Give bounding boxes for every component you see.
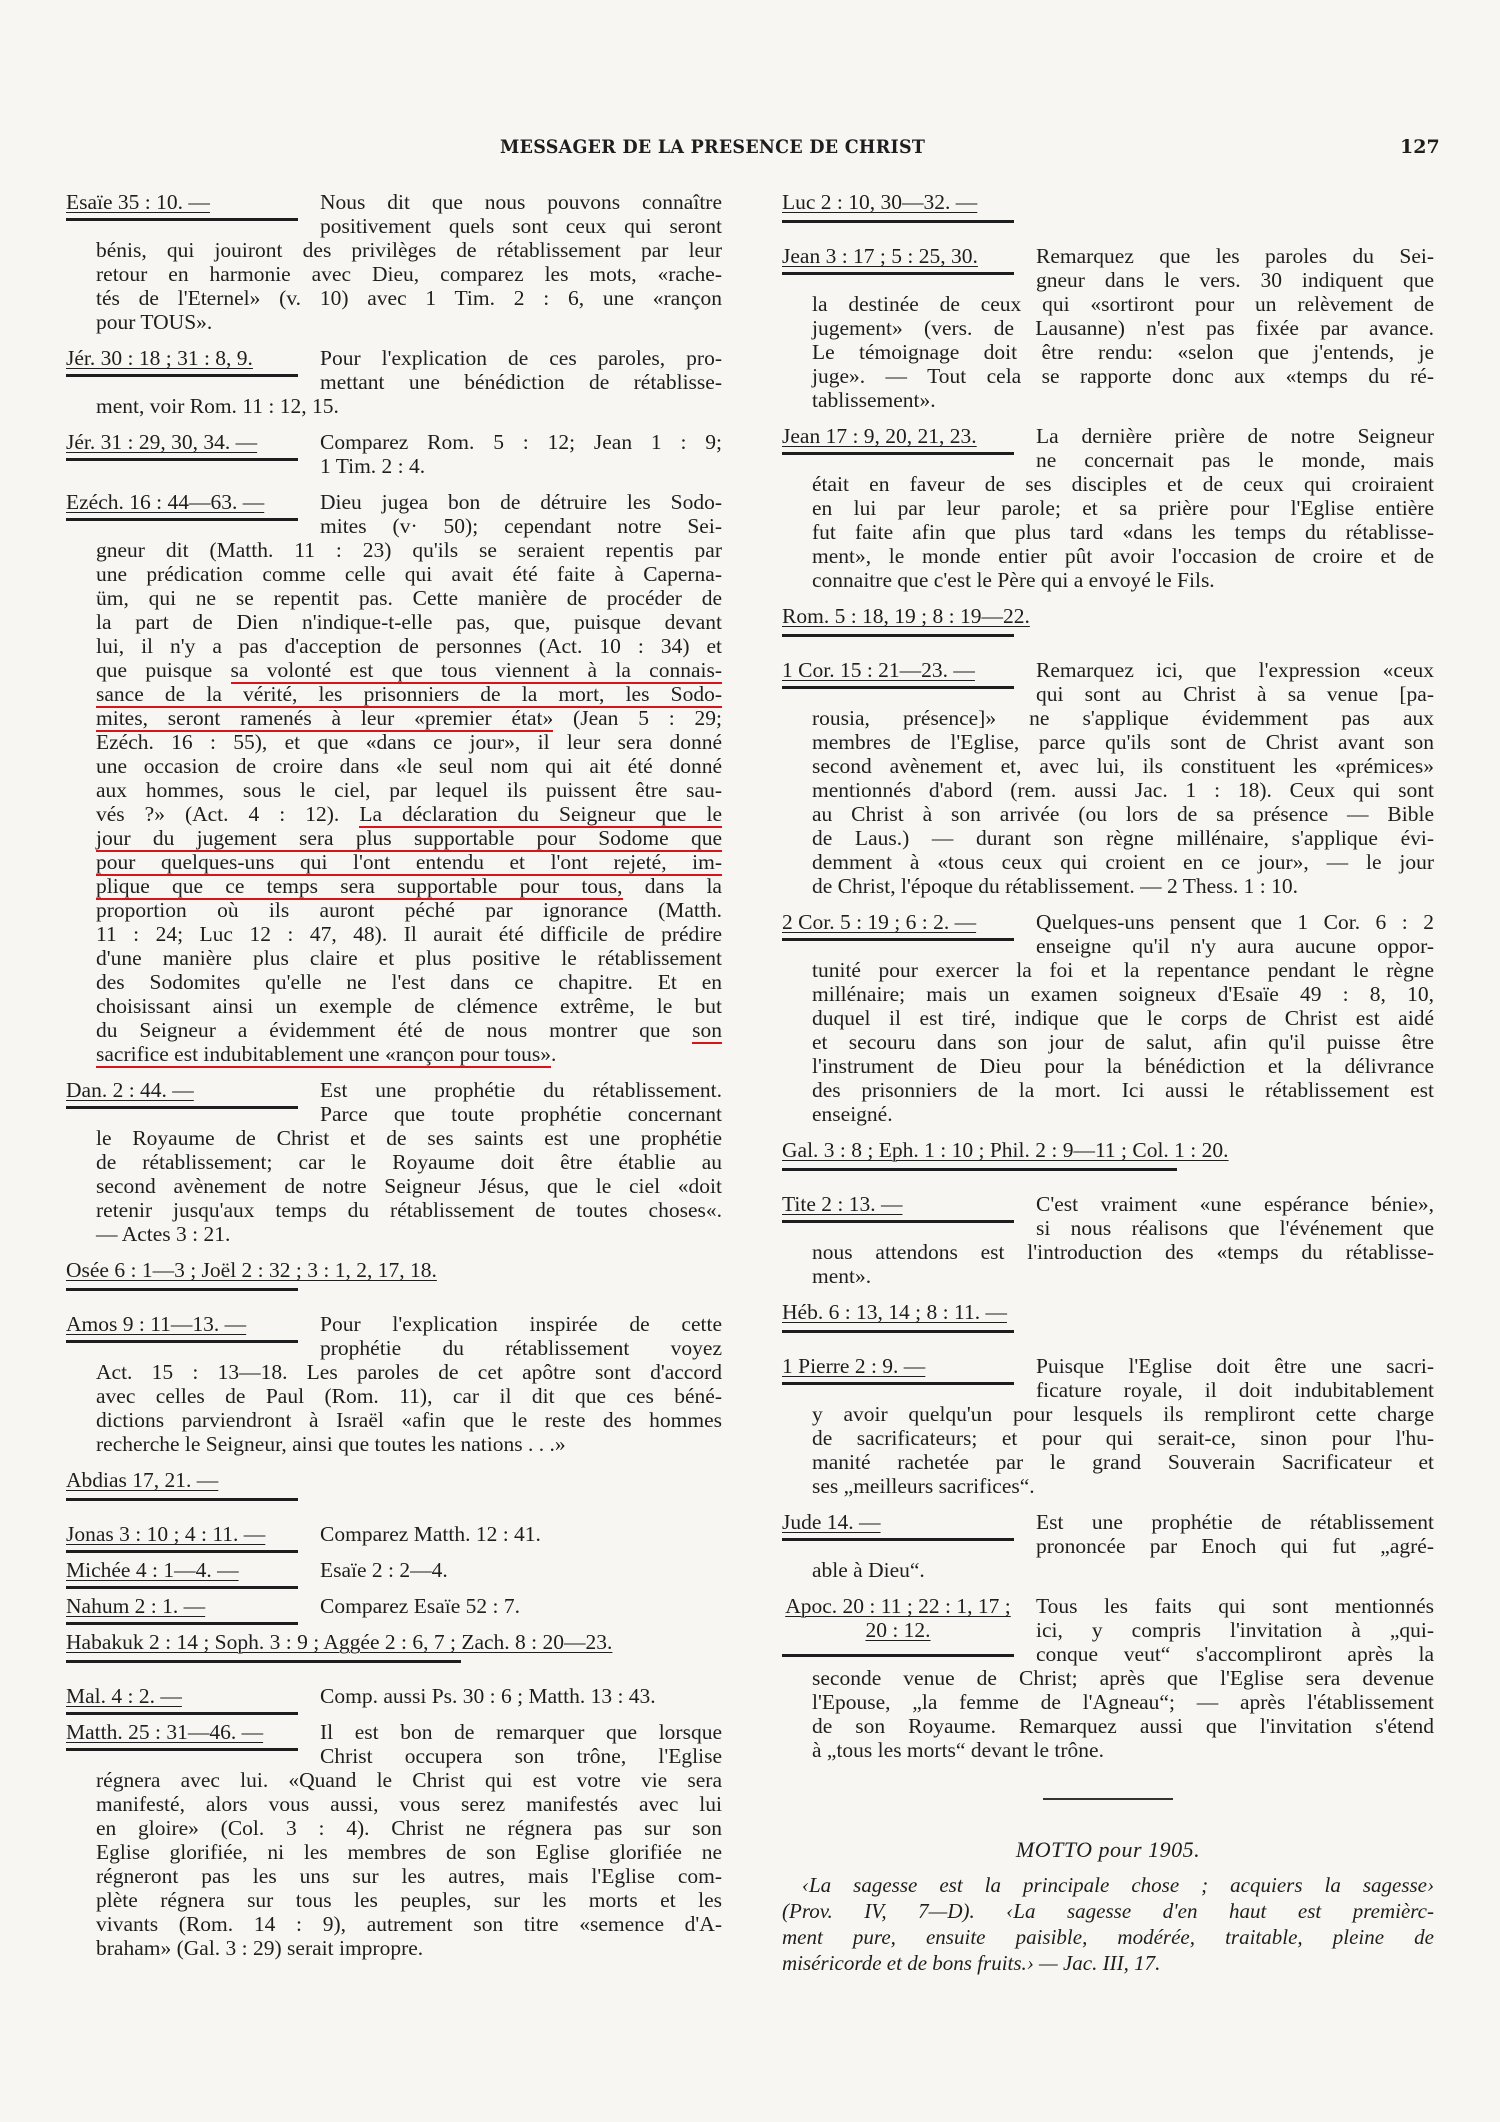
running-title: MESSAGER DE LA PRESENCE DE CHRIST (500, 136, 925, 158)
text-line: le Royaume de Christ et de ses saints es… (96, 1126, 722, 1150)
scripture-reference: Jér. 30 : 18 ; 31 : 8, 9. (66, 346, 298, 370)
reference-rule (66, 518, 298, 521)
entry-opening-text: Pour l'explication de ces paroles, pro-m… (320, 346, 722, 394)
text-line: La dernière prière de notre Seigneur (1036, 424, 1434, 448)
text-line: retour en harmonie avec Dieu, comparez l… (96, 262, 722, 286)
scripture-reference: Osée 6 : 1—3 ; Joël 2 : 32 ; 3 : 1, 2, 1… (66, 1258, 437, 1282)
scripture-reference: Michée 4 : 1—4. — (66, 1558, 298, 1582)
reference-rule (782, 452, 1014, 455)
text-run: Ezéch. 16 : 55), et que «dans ce jour», … (96, 730, 722, 754)
reference-rule (66, 218, 298, 221)
scripture-reference: Héb. 6 : 13, 14 ; 8 : 11. — (782, 1300, 1014, 1324)
scripture-reference: 1 Cor. 15 : 21—23. — (782, 658, 1014, 682)
text-line: tablissement». (812, 388, 1434, 412)
text-run: bénis, qui jouiront des privilèges de ré… (96, 238, 722, 262)
text-run: millénaire; mais un examen soigneux d'Es… (812, 982, 1434, 1006)
text-run: seconde venue de Christ; après que l'Egl… (812, 1666, 1434, 1690)
text-line: tunité pour exercer la foi et la repenta… (812, 958, 1434, 982)
text-line: membres de l'Eglise, parce qu'ils sont d… (812, 730, 1434, 754)
text-line: demment à «tous ceux qui croient en ce j… (812, 850, 1434, 874)
text-line: Comparez Matth. 12 : 41. (320, 1522, 722, 1546)
text-line: ment», le monde entier pût avoir l'occas… (812, 544, 1434, 568)
scripture-reference: Jean 17 : 9, 20, 21, 23. (782, 424, 1014, 448)
text-run: la destinée de ceux qui «sortiront pour … (812, 292, 1434, 316)
reference-rule (66, 1498, 298, 1501)
text-line: qui sont au Christ à sa venue [pa- (1036, 682, 1434, 706)
scripture-reference: 2 Cor. 5 : 19 ; 6 : 2. — (782, 910, 1014, 934)
red-underlined-passage: mites, seront ramenés à leur «premier ét… (96, 706, 553, 732)
entry-continuation: rousia, présence]» ne s'applique évidemm… (812, 706, 1434, 898)
text-line: Comp. aussi Ps. 30 : 6 ; Matth. 13 : 43. (320, 1684, 722, 1708)
reference-rule (66, 1748, 298, 1751)
motto-line: ‹La sagesse est la principale chose ; ac… (782, 1872, 1434, 1898)
scripture-entry: Luc 2 : 10, 30—32. — (782, 190, 1434, 232)
text-run: tés de l'Eternel» (v. 10) avec 1 Tim. 2 … (96, 286, 722, 310)
text-run: vés ?» (Act. 4 : 12). (96, 802, 359, 826)
entry-continuation: ment, voir Rom. 11 : 12, 15. (96, 394, 722, 418)
reference-rule (782, 220, 1014, 223)
reference-rule (782, 1168, 1177, 1171)
text-run: connaitre que c'est le Père qui a envoyé… (812, 568, 1215, 592)
page-number: 127 (1400, 136, 1440, 158)
text-run: était en faveur de ses disciples et de c… (812, 472, 1434, 496)
text-line: mites (v· 50); cependant notre Sei- (320, 514, 722, 538)
text-line: que puisque sa volonté est que tous vien… (96, 658, 722, 682)
scripture-entry: 1 Pierre 2 : 9. —Puisque l'Eglise doit ê… (782, 1354, 1434, 1498)
text-run: de Christ, l'époque du rétablissement. —… (812, 874, 1298, 898)
entry-continuation: tunité pour exercer la foi et la repenta… (812, 958, 1434, 1126)
scripture-reference: 1 Pierre 2 : 9. — (782, 1354, 1014, 1378)
text-run: en gloire» (Col. 3 : 4). Christ ne régne… (96, 1816, 722, 1840)
entry-opening-text: Est une prophétie de rétablissementprono… (1036, 1510, 1434, 1558)
text-line: plète régnera sur tous les peuples, sur … (96, 1888, 722, 1912)
reference-rule (782, 938, 1014, 941)
scripture-reference: Amos 9 : 11—13. — (66, 1312, 298, 1336)
text-run: une prédication comme celle qui avait ét… (96, 562, 722, 586)
red-underlined-passage: sa volonté est que tous viennent à la co… (231, 658, 722, 684)
reference-rule (782, 1330, 1014, 1333)
entry-opening-text: Comparez Esaïe 52 : 7. (320, 1594, 722, 1618)
text-run: aux hommes, sous le ciel, par lequel ils… (96, 778, 722, 802)
entry-opening-text: Dieu jugea bon de détruire les Sodo-mite… (320, 490, 722, 538)
text-line: manité rachetée par le grand Souverain S… (812, 1450, 1434, 1474)
text-run: recherche le Seigneur, ainsi que toutes … (96, 1432, 566, 1456)
reference-rule (782, 1220, 1014, 1223)
scripture-reference: Ezéch. 16 : 44—63. — (66, 490, 298, 514)
text-line: l'Epouse, „la femme de l'Agneau“; — aprè… (812, 1690, 1434, 1714)
entry-opening-text: La dernière prière de notre Seigneurne c… (1036, 424, 1434, 472)
text-line: et secouru dans son jour de salut, afin … (812, 1030, 1434, 1054)
motto-line: ment pure, ensuite paisible, modérée, tr… (782, 1924, 1434, 1950)
text-line: jour du jugement sera plus supportable p… (96, 826, 722, 850)
text-run: la part de Dien n'indique-t-elle pas, qu… (96, 610, 722, 634)
text-line: Esaïe 2 : 2—4. (320, 1558, 722, 1582)
text-run: duquel il est tiré, indique que le corps… (812, 1006, 1434, 1030)
text-line: des Sodomites qu'elle ne l'est dans ce c… (96, 970, 722, 994)
text-run: Le témoignage doit être rendu: «selon qu… (812, 340, 1434, 364)
text-line: 1 Tim. 2 : 4. (320, 454, 722, 478)
text-line: gneur dit (Matth. 11 : 23) qu'ils se ser… (96, 538, 722, 562)
text-line: ses „meilleurs sacrifices“. (812, 1474, 1434, 1498)
text-line: positivement quels sont ceux qui seront (320, 214, 722, 238)
entry-opening-text: Remarquez que les paroles du Sei-gneur d… (1036, 244, 1434, 292)
text-run: rousia, présence]» ne s'applique évidemm… (812, 706, 1434, 730)
text-line: des prisonniers de la mort. Ici aussi le… (812, 1078, 1434, 1102)
text-line: pour TOUS». (96, 310, 722, 334)
reference-rule (66, 1550, 298, 1553)
text-run: plète régnera sur tous les peuples, sur … (96, 1888, 722, 1912)
text-line: millénaire; mais un examen soigneux d'Es… (812, 982, 1434, 1006)
reference-rule (66, 458, 298, 461)
text-run: second avènement de notre Seigneur Jésus… (96, 1174, 722, 1198)
text-run: de son Royaume. Remarquez aussi que l'in… (812, 1714, 1434, 1738)
text-line: Quelques-uns pensent que 1 Cor. 6 : 2 (1036, 910, 1434, 934)
text-line: second avènement et, avec lui, ils const… (812, 754, 1434, 778)
entry-continuation: gneur dit (Matth. 11 : 23) qu'ils se ser… (96, 538, 722, 1066)
text-line: la part de Dien n'indique-t-elle pas, qu… (96, 610, 722, 634)
entry-continuation: bénis, qui jouiront des privilèges de ré… (96, 238, 722, 334)
entry-continuation: nous attendons est l'introduction des «t… (812, 1240, 1434, 1288)
entry-opening-text: Puisque l'Eglise doit être une sacri-fic… (1036, 1354, 1434, 1402)
text-line: ment, voir Rom. 11 : 12, 15. (96, 394, 722, 418)
reference-rule (66, 1340, 298, 1343)
text-run: en lui par leur parole; et sa prière pou… (812, 496, 1434, 520)
text-run: mentionnés d'abord (rem. aussi Jac. 1 : … (812, 778, 1434, 802)
section-divider (1043, 1798, 1173, 1800)
scripture-entry: Jonas 3 : 10 ; 4 : 11. —Comparez Matth. … (66, 1522, 722, 1546)
text-run: enseigné. (812, 1102, 893, 1126)
text-line: était en faveur de ses disciples et de c… (812, 472, 1434, 496)
text-run: du Seigneur a évidemment été de nous mon… (96, 1018, 692, 1042)
scripture-entry: Ezéch. 16 : 44—63. —Dieu jugea bon de dé… (66, 490, 722, 1066)
text-run: ment», le monde entier pût avoir l'occas… (812, 544, 1434, 568)
text-line: régneront pas les uns sur les autres, ma… (96, 1864, 722, 1888)
scripture-entry: Mal. 4 : 2. —Comp. aussi Ps. 30 : 6 ; Ma… (66, 1684, 722, 1708)
text-line: connaitre que c'est le Père qui a envoyé… (812, 568, 1434, 592)
text-run: et secouru dans son jour de salut, afin … (812, 1030, 1434, 1054)
scripture-entry: 1 Cor. 15 : 21—23. —Remarquez ici, que l… (782, 658, 1434, 898)
scripture-entry: Jean 17 : 9, 20, 21, 23.La dernière priè… (782, 424, 1434, 592)
text-run: membres de l'Eglise, parce qu'ils sont d… (812, 730, 1434, 754)
text-line: jugement» (vers. de Lausanne) n'est pas … (812, 316, 1434, 340)
text-line: ici, y compris l'invitation à „qui- (1036, 1618, 1434, 1642)
text-line: y avoir quelqu'un pour lesquels ils remp… (812, 1402, 1434, 1426)
text-line: — Actes 3 : 21. (96, 1222, 722, 1246)
text-line: vivants (Rom. 14 : 9), autrement son tit… (96, 1912, 722, 1936)
entry-opening-text: Esaïe 2 : 2—4. (320, 1558, 722, 1582)
text-line: juge». — Tout cela se rapporte donc aux … (812, 364, 1434, 388)
text-run: tablissement». (812, 388, 936, 412)
text-run: braham» (Gal. 3 : 29) serait impropre. (96, 1936, 423, 1960)
scripture-reference: Nahum 2 : 1. — (66, 1594, 298, 1618)
scripture-reference: Jude 14. — (782, 1510, 1014, 1534)
text-line: ne concernait pas le monde, mais (1036, 448, 1434, 472)
motto-title: MOTTO pour 1905. (782, 1838, 1434, 1862)
text-run: able à Dieu“. (812, 1558, 925, 1582)
text-line: sacrifice est indubitablement une «ranço… (96, 1042, 722, 1066)
scripture-entry: Jean 3 : 17 ; 5 : 25, 30.Remarquez que l… (782, 244, 1434, 412)
text-line: Remarquez que les paroles du Sei- (1036, 244, 1434, 268)
text-run: y avoir quelqu'un pour lesquels ils remp… (812, 1402, 1434, 1426)
scripture-entry: Matth. 25 : 31—46. —Il est bon de remarq… (66, 1720, 722, 1960)
reference-rule (66, 1586, 298, 1589)
red-underlined-passage: sacrifice est indubitablement une «ranço… (96, 1042, 551, 1068)
red-underlined-passage: sance de la vérité, les prisonniers de l… (96, 682, 722, 708)
scripture-reference: Luc 2 : 10, 30—32. — (782, 190, 1014, 214)
text-run: dictions parviendront à Israël «afin que… (96, 1408, 722, 1432)
text-run: à „tous les morts“ devant le trône. (812, 1738, 1104, 1762)
text-line: Remarquez ici, que l'expression «ceux (1036, 658, 1434, 682)
entry-opening-text: Remarquez ici, que l'expression «ceuxqui… (1036, 658, 1434, 706)
text-line: une occasion de croire dans «le seul nom… (96, 754, 722, 778)
text-run: de Laus.) — durant son règne millénaire,… (812, 826, 1434, 850)
text-line: régnera avec lui. «Quand le Christ qui e… (96, 1768, 722, 1792)
text-run: dans la (623, 874, 722, 898)
scripture-reference: Tite 2 : 13. — (782, 1192, 1014, 1216)
scripture-reference: Esaïe 35 : 10. — (66, 190, 298, 214)
text-line: si nous réalisons que l'événement que (1036, 1216, 1434, 1240)
right-column: Luc 2 : 10, 30—32. —Jean 3 : 17 ; 5 : 25… (782, 190, 1434, 1976)
text-line: de rétablissement; car le Royaume doit ê… (96, 1150, 722, 1174)
scripture-reference: Mal. 4 : 2. — (66, 1684, 298, 1708)
text-line: de son Royaume. Remarquez aussi que l'in… (812, 1714, 1434, 1738)
text-line: sance de la vérité, les prisonniers de l… (96, 682, 722, 706)
entry-continuation: able à Dieu“. (812, 1558, 1434, 1582)
text-line: Eglise glorifiée, ni les membres de son … (96, 1840, 722, 1864)
entry-opening-text: Nous dit que nous pouvons connaîtreposit… (320, 190, 722, 238)
text-run: ses „meilleurs sacrifices“. (812, 1474, 1035, 1498)
scripture-entry: Tite 2 : 13. —C'est vraiment «une espéra… (782, 1192, 1434, 1288)
entry-opening-text: Comparez Matth. 12 : 41. (320, 1522, 722, 1546)
text-line: plique que ce temps sera supportable pou… (96, 874, 722, 898)
text-line: d'une manière plus claire et plus positi… (96, 946, 722, 970)
text-run: l'Epouse, „la femme de l'Agneau“; — aprè… (812, 1690, 1434, 1714)
scripture-entry: Amos 9 : 11—13. —Pour l'explication insp… (66, 1312, 722, 1456)
reference-rule (66, 1712, 298, 1715)
text-line: choisissant ainsi un exemple de clémence… (96, 994, 722, 1018)
entry-opening-text: Il est bon de remarquer que lorsqueChris… (320, 1720, 722, 1768)
scripture-reference: Jean 3 : 17 ; 5 : 25, 30. (782, 244, 1014, 268)
motto-line: miséricorde et de bons fruits.› — Jac. I… (782, 1950, 1434, 1976)
scripture-entry: 2 Cor. 5 : 19 ; 6 : 2. —Quelques-uns pen… (782, 910, 1434, 1126)
text-line: fut faite afin que plus tard «dans les t… (812, 520, 1434, 544)
entry-opening-text: Pour l'explication inspirée de cetteprop… (320, 1312, 722, 1360)
red-underlined-passage: jour du jugement sera plus supportable p… (96, 826, 722, 852)
text-line: à „tous les morts“ devant le trône. (812, 1738, 1434, 1762)
text-run: . (551, 1042, 556, 1066)
text-line: conque veut“ s'accompliront après la (1036, 1642, 1434, 1666)
text-run: des prisonniers de la mort. Ici aussi le… (812, 1078, 1434, 1102)
text-line: üm, qui ne se repentit pas. Cette manièr… (96, 586, 722, 610)
text-line: gneur dans le vers. 30 indiquent que (1036, 268, 1434, 292)
text-line: avec celles de Paul (Rom. 11), car il di… (96, 1384, 722, 1408)
text-run: ment». (812, 1264, 871, 1288)
scripture-entry: Gal. 3 : 8 ; Eph. 1 : 10 ; Phil. 2 : 9—1… (782, 1138, 1434, 1180)
entry-continuation: Act. 15 : 13—18. Les paroles de cet apôt… (96, 1360, 722, 1456)
entry-opening-text: Quelques-uns pensent que 1 Cor. 6 : 2ens… (1036, 910, 1434, 958)
text-run: pour TOUS». (96, 310, 212, 334)
entry-continuation: était en faveur de ses disciples et de c… (812, 472, 1434, 592)
text-line: enseigné. (812, 1102, 1434, 1126)
red-underlined-passage: pour quelques-uns qui l'ont entendu et l… (96, 850, 722, 876)
text-line: duquel il est tiré, indique que le corps… (812, 1006, 1434, 1030)
text-run: que puisque (96, 658, 231, 682)
scripture-entry: Jér. 31 : 29, 30, 34. —Comparez Rom. 5 :… (66, 430, 722, 478)
scripture-entry: Esaïe 35 : 10. —Nous dit que nous pouvon… (66, 190, 722, 334)
text-line: prononcée par Enoch qui fut „agré- (1036, 1534, 1434, 1558)
text-line: nous attendons est l'introduction des «t… (812, 1240, 1434, 1264)
text-run: juge». — Tout cela se rapporte donc aux … (812, 364, 1434, 388)
text-run: manifesté, alors vous aussi, vous serez … (96, 1792, 722, 1816)
text-line: Pour l'explication de ces paroles, pro- (320, 346, 722, 370)
entry-opening-text: Tous les faits qui sont mentionnésici, y… (1036, 1594, 1434, 1666)
scripture-entry: Dan. 2 : 44. —Est une prophétie du rétab… (66, 1078, 722, 1246)
entry-continuation: le Royaume de Christ et de ses saints es… (96, 1126, 722, 1246)
text-run: avec celles de Paul (Rom. 11), car il di… (96, 1384, 722, 1408)
text-run: tunité pour exercer la foi et la repenta… (812, 958, 1434, 982)
text-line: dictions parviendront à Israël «afin que… (96, 1408, 722, 1432)
scripture-entry: Abdias 17, 21. — (66, 1468, 722, 1510)
entry-continuation: seconde venue de Christ; après que l'Egl… (812, 1666, 1434, 1762)
text-line: Est une prophétie de rétablissement (1036, 1510, 1434, 1534)
text-line: able à Dieu“. (812, 1558, 1434, 1582)
text-run: üm, qui ne se repentit pas. Cette manièr… (96, 586, 722, 610)
text-line: second avènement de notre Seigneur Jésus… (96, 1174, 722, 1198)
text-run: jugement» (vers. de Lausanne) n'est pas … (812, 316, 1434, 340)
text-line: Le témoignage doit être rendu: «selon qu… (812, 340, 1434, 364)
text-run: une occasion de croire dans «le seul nom… (96, 754, 722, 778)
text-line: Il est bon de remarquer que lorsque (320, 1720, 722, 1744)
text-line: ment». (812, 1264, 1434, 1288)
reference-rule (782, 272, 1014, 275)
text-run: demment à «tous ceux qui croient en ce j… (812, 850, 1434, 874)
text-line: Tous les faits qui sont mentionnés (1036, 1594, 1434, 1618)
text-line: vés ?» (Act. 4 : 12). La déclaration du … (96, 802, 722, 826)
text-run: second avènement et, avec lui, ils const… (812, 754, 1434, 778)
text-run: l'instrument de Dieu pour la bénédiction… (812, 1054, 1434, 1078)
red-underlined-passage: plique que ce temps sera supportable pou… (96, 874, 623, 900)
scripture-reference: Gal. 3 : 8 ; Eph. 1 : 10 ; Phil. 2 : 9—1… (782, 1138, 1229, 1162)
text-run: retour en harmonie avec Dieu, comparez l… (96, 262, 722, 286)
text-run: (Jean 5 : 29; (553, 706, 722, 730)
scripture-entry: Héb. 6 : 13, 14 ; 8 : 11. — (782, 1300, 1434, 1342)
text-line: braham» (Gal. 3 : 29) serait impropre. (96, 1936, 722, 1960)
text-line: mentionnés d'abord (rem. aussi Jac. 1 : … (812, 778, 1434, 802)
text-run: régnera avec lui. «Quand le Christ qui e… (96, 1768, 722, 1792)
text-line: de Laus.) — durant son règne millénaire,… (812, 826, 1434, 850)
text-line: Nous dit que nous pouvons connaître (320, 190, 722, 214)
scripture-entry: Michée 4 : 1—4. —Esaïe 2 : 2—4. (66, 1558, 722, 1582)
text-line: enseigne qu'il n'y aura aucune oppor- (1036, 934, 1434, 958)
text-line: l'instrument de Dieu pour la bénédiction… (812, 1054, 1434, 1078)
text-line: 11 : 24; Luc 12 : 47, 48). Il aurait été… (96, 922, 722, 946)
red-underlined-passage: son (692, 1018, 722, 1044)
text-line: Christ occupera son trône, l'Eglise (320, 1744, 722, 1768)
text-line: de Christ, l'époque du rétablissement. —… (812, 874, 1434, 898)
entry-opening-text: Comparez Rom. 5 : 12; Jean 1 : 9;1 Tim. … (320, 430, 722, 478)
text-line: Pour l'explication inspirée de cette (320, 1312, 722, 1336)
text-line: Comparez Rom. 5 : 12; Jean 1 : 9; (320, 430, 722, 454)
text-run: lui, il n'y a pas d'acception de personn… (96, 634, 722, 658)
text-line: au Christ à son arrivée (ou lors de sa p… (812, 802, 1434, 826)
reference-rule (66, 1106, 298, 1109)
motto-line: (Prov. IV, 7—D). ‹La sagesse d'en haut e… (782, 1898, 1434, 1924)
right-column-entries: Luc 2 : 10, 30—32. —Jean 3 : 17 ; 5 : 25… (782, 190, 1434, 1762)
reference-rule (66, 1660, 461, 1663)
text-run: retenir jusqu'aux temps du rétablissemen… (96, 1198, 722, 1222)
text-line: aux hommes, sous le ciel, par lequel ils… (96, 778, 722, 802)
entry-opening-text: Comp. aussi Ps. 30 : 6 ; Matth. 13 : 43. (320, 1684, 722, 1708)
reference-rule (66, 1622, 298, 1625)
text-line: Est une prophétie du rétablissement. (320, 1078, 722, 1102)
text-line: seconde venue de Christ; après que l'Egl… (812, 1666, 1434, 1690)
scripture-reference: Rom. 5 : 18, 19 ; 8 : 19—22. (782, 604, 1014, 628)
text-run: Eglise glorifiée, ni les membres de son … (96, 1840, 722, 1864)
text-run: fut faite afin que plus tard «dans les t… (812, 520, 1434, 544)
text-line: Comparez Esaïe 52 : 7. (320, 1594, 722, 1618)
text-line: mettant une bénédiction de rétablisse- (320, 370, 722, 394)
left-column: Esaïe 35 : 10. —Nous dit que nous pouvon… (66, 190, 722, 1972)
text-line: prophétie du rétablissement voyez (320, 1336, 722, 1360)
text-line: la destinée de ceux qui «sortiront pour … (812, 292, 1434, 316)
scripture-entry: Jér. 30 : 18 ; 31 : 8, 9.Pour l'explicat… (66, 346, 722, 418)
scripture-reference: Jér. 31 : 29, 30, 34. — (66, 430, 298, 454)
text-line: rousia, présence]» ne s'applique évidemm… (812, 706, 1434, 730)
text-line: Parce que toute prophétie concernant (320, 1102, 722, 1126)
scripture-entry: Jude 14. —Est une prophétie de rétabliss… (782, 1510, 1434, 1582)
text-line: lui, il n'y a pas d'acception de personn… (96, 634, 722, 658)
text-line: tés de l'Eternel» (v. 10) avec 1 Tim. 2 … (96, 286, 722, 310)
text-run: des Sodomites qu'elle ne l'est dans ce c… (96, 970, 722, 994)
scripture-entry: Apoc. 20 : 11 ; 22 : 1, 17 ; 20 : 12.Tou… (782, 1594, 1434, 1762)
scripture-entry: Habakuk 2 : 14 ; Soph. 3 : 9 ; Aggée 2 :… (66, 1630, 722, 1672)
scripture-reference: Matth. 25 : 31—46. — (66, 1720, 298, 1744)
entry-opening-text: C'est vraiment «une espérance bénie»,si … (1036, 1192, 1434, 1240)
text-run: au Christ à son arrivée (ou lors de sa p… (812, 802, 1434, 826)
scripture-reference: Dan. 2 : 44. — (66, 1078, 298, 1102)
text-line: recherche le Seigneur, ainsi que toutes … (96, 1432, 722, 1456)
page-header: MESSAGER DE LA PRESENCE DE CHRIST 127 (0, 136, 1500, 166)
scripture-entry: Rom. 5 : 18, 19 ; 8 : 19—22. (782, 604, 1434, 646)
scripture-entry: Osée 6 : 1—3 ; Joël 2 : 32 ; 3 : 1, 2, 1… (66, 1258, 722, 1300)
text-run: régneront pas les uns sur les autres, ma… (96, 1864, 722, 1888)
text-line: Act. 15 : 13—18. Les paroles de cet apôt… (96, 1360, 722, 1384)
text-line: Dieu jugea bon de détruire les Sodo- (320, 490, 722, 514)
motto-body: ‹La sagesse est la principale chose ; ac… (782, 1872, 1434, 1976)
scripture-reference: Habakuk 2 : 14 ; Soph. 3 : 9 ; Aggée 2 :… (66, 1630, 612, 1654)
text-line: une prédication comme celle qui avait ét… (96, 562, 722, 586)
entry-continuation: la destinée de ceux qui «sortiront pour … (812, 292, 1434, 412)
text-run: de sacrificateurs; et pour qui serait-ce… (812, 1426, 1434, 1450)
scripture-reference: Jonas 3 : 10 ; 4 : 11. — (66, 1522, 298, 1546)
text-run: 11 : 24; Luc 12 : 47, 48). Il aurait été… (96, 922, 722, 946)
text-run: nous attendons est l'introduction des «t… (812, 1240, 1434, 1264)
text-run: de rétablissement; car le Royaume doit ê… (96, 1150, 722, 1174)
scripture-reference: Apoc. 20 : 11 ; 22 : 1, 17 ; 20 : 12. (782, 1594, 1014, 1642)
reference-rule (66, 374, 298, 377)
reference-rule (782, 634, 1014, 637)
text-run: le Royaume de Christ et de ses saints es… (96, 1126, 722, 1150)
text-run: vivants (Rom. 14 : 9), autrement son tit… (96, 1912, 722, 1936)
text-line: manifesté, alors vous aussi, vous serez … (96, 1792, 722, 1816)
reference-rule (782, 1382, 1014, 1385)
red-underlined-passage: La déclaration du Seigneur que le (359, 802, 722, 828)
text-line: de sacrificateurs; et pour qui serait-ce… (812, 1426, 1434, 1450)
text-line: en gloire» (Col. 3 : 4). Christ ne régne… (96, 1816, 722, 1840)
reference-rule (782, 1538, 1014, 1541)
text-run: — Actes 3 : 21. (96, 1222, 230, 1246)
text-line: proportion où ils auront péché par ignor… (96, 898, 722, 922)
